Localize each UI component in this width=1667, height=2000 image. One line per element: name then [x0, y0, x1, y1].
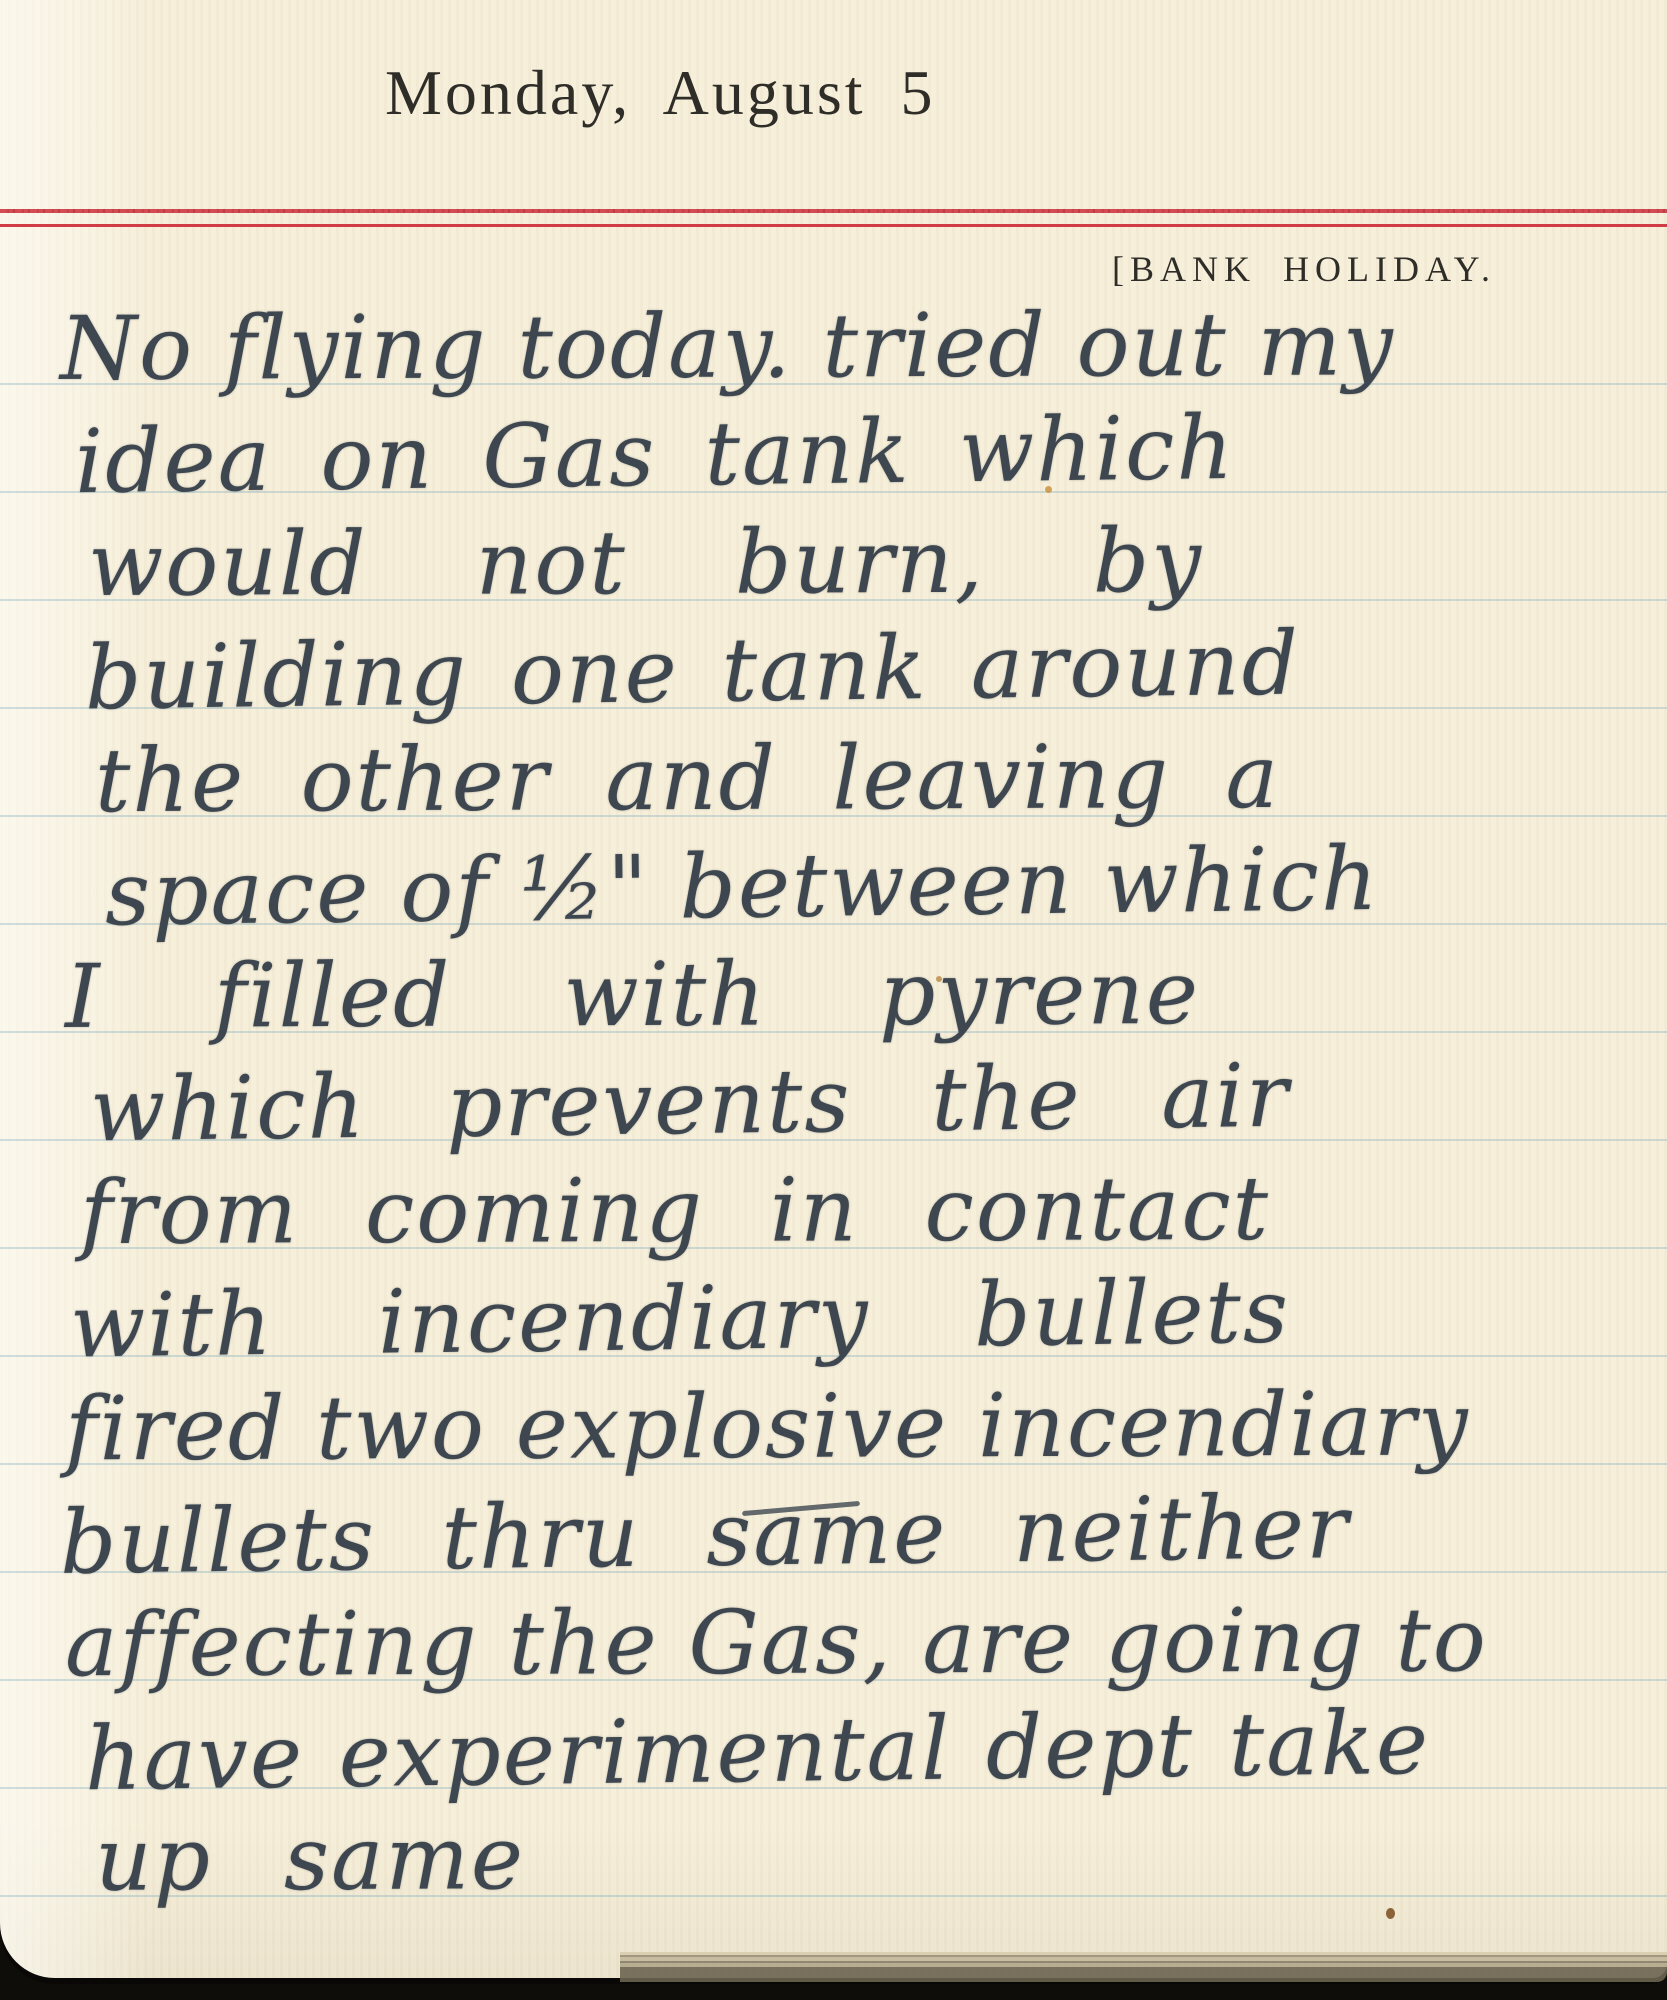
diary-photo: Monday, August 5 [BANK HOLIDAY. No flyin…: [0, 0, 1667, 2000]
paper-speck: [1045, 486, 1052, 493]
handwritten-line-15: up same: [95, 1814, 525, 1904]
handwritten-line-6: space of ½" between which: [105, 836, 1331, 939]
red-rule-bottom: [0, 224, 1667, 227]
handwritten-line-2: idea on Gas tank which: [75, 404, 1236, 506]
handwritten-line-13: affecting the Gas, are going to: [65, 1597, 1380, 1690]
handwritten-line-11: fired two explosive incendiary: [65, 1381, 1430, 1474]
handwritten-line-4: building one tank around: [85, 620, 1301, 723]
handwritten-line-10: with incendiary bullets: [70, 1268, 1291, 1371]
printed-date-header: Monday, August 5: [385, 56, 936, 130]
handwritten-line-1: No flying today. tried out my: [60, 301, 1240, 393]
red-rule-top: [0, 209, 1667, 213]
page-edge-stack: [620, 1952, 1667, 1982]
handwritten-line-14: have experimental dept take: [85, 1699, 1431, 1803]
paper-speck: [936, 976, 942, 982]
bank-holiday-label: [BANK HOLIDAY.: [1112, 248, 1496, 290]
paper-speck: [1386, 1908, 1395, 1919]
handwritten-line-8: which prevents the air: [90, 1052, 1291, 1155]
handwritten-line-9: from coming in contact: [80, 1165, 1270, 1257]
handwritten-line-12: bullets thru same neither: [60, 1483, 1351, 1587]
handwritten-line-3: would not burn, by: [88, 517, 1203, 609]
handwritten-line-7: I filled with pyrene: [65, 949, 1200, 1041]
handwritten-line-5: the other and leaving a: [95, 733, 1280, 825]
